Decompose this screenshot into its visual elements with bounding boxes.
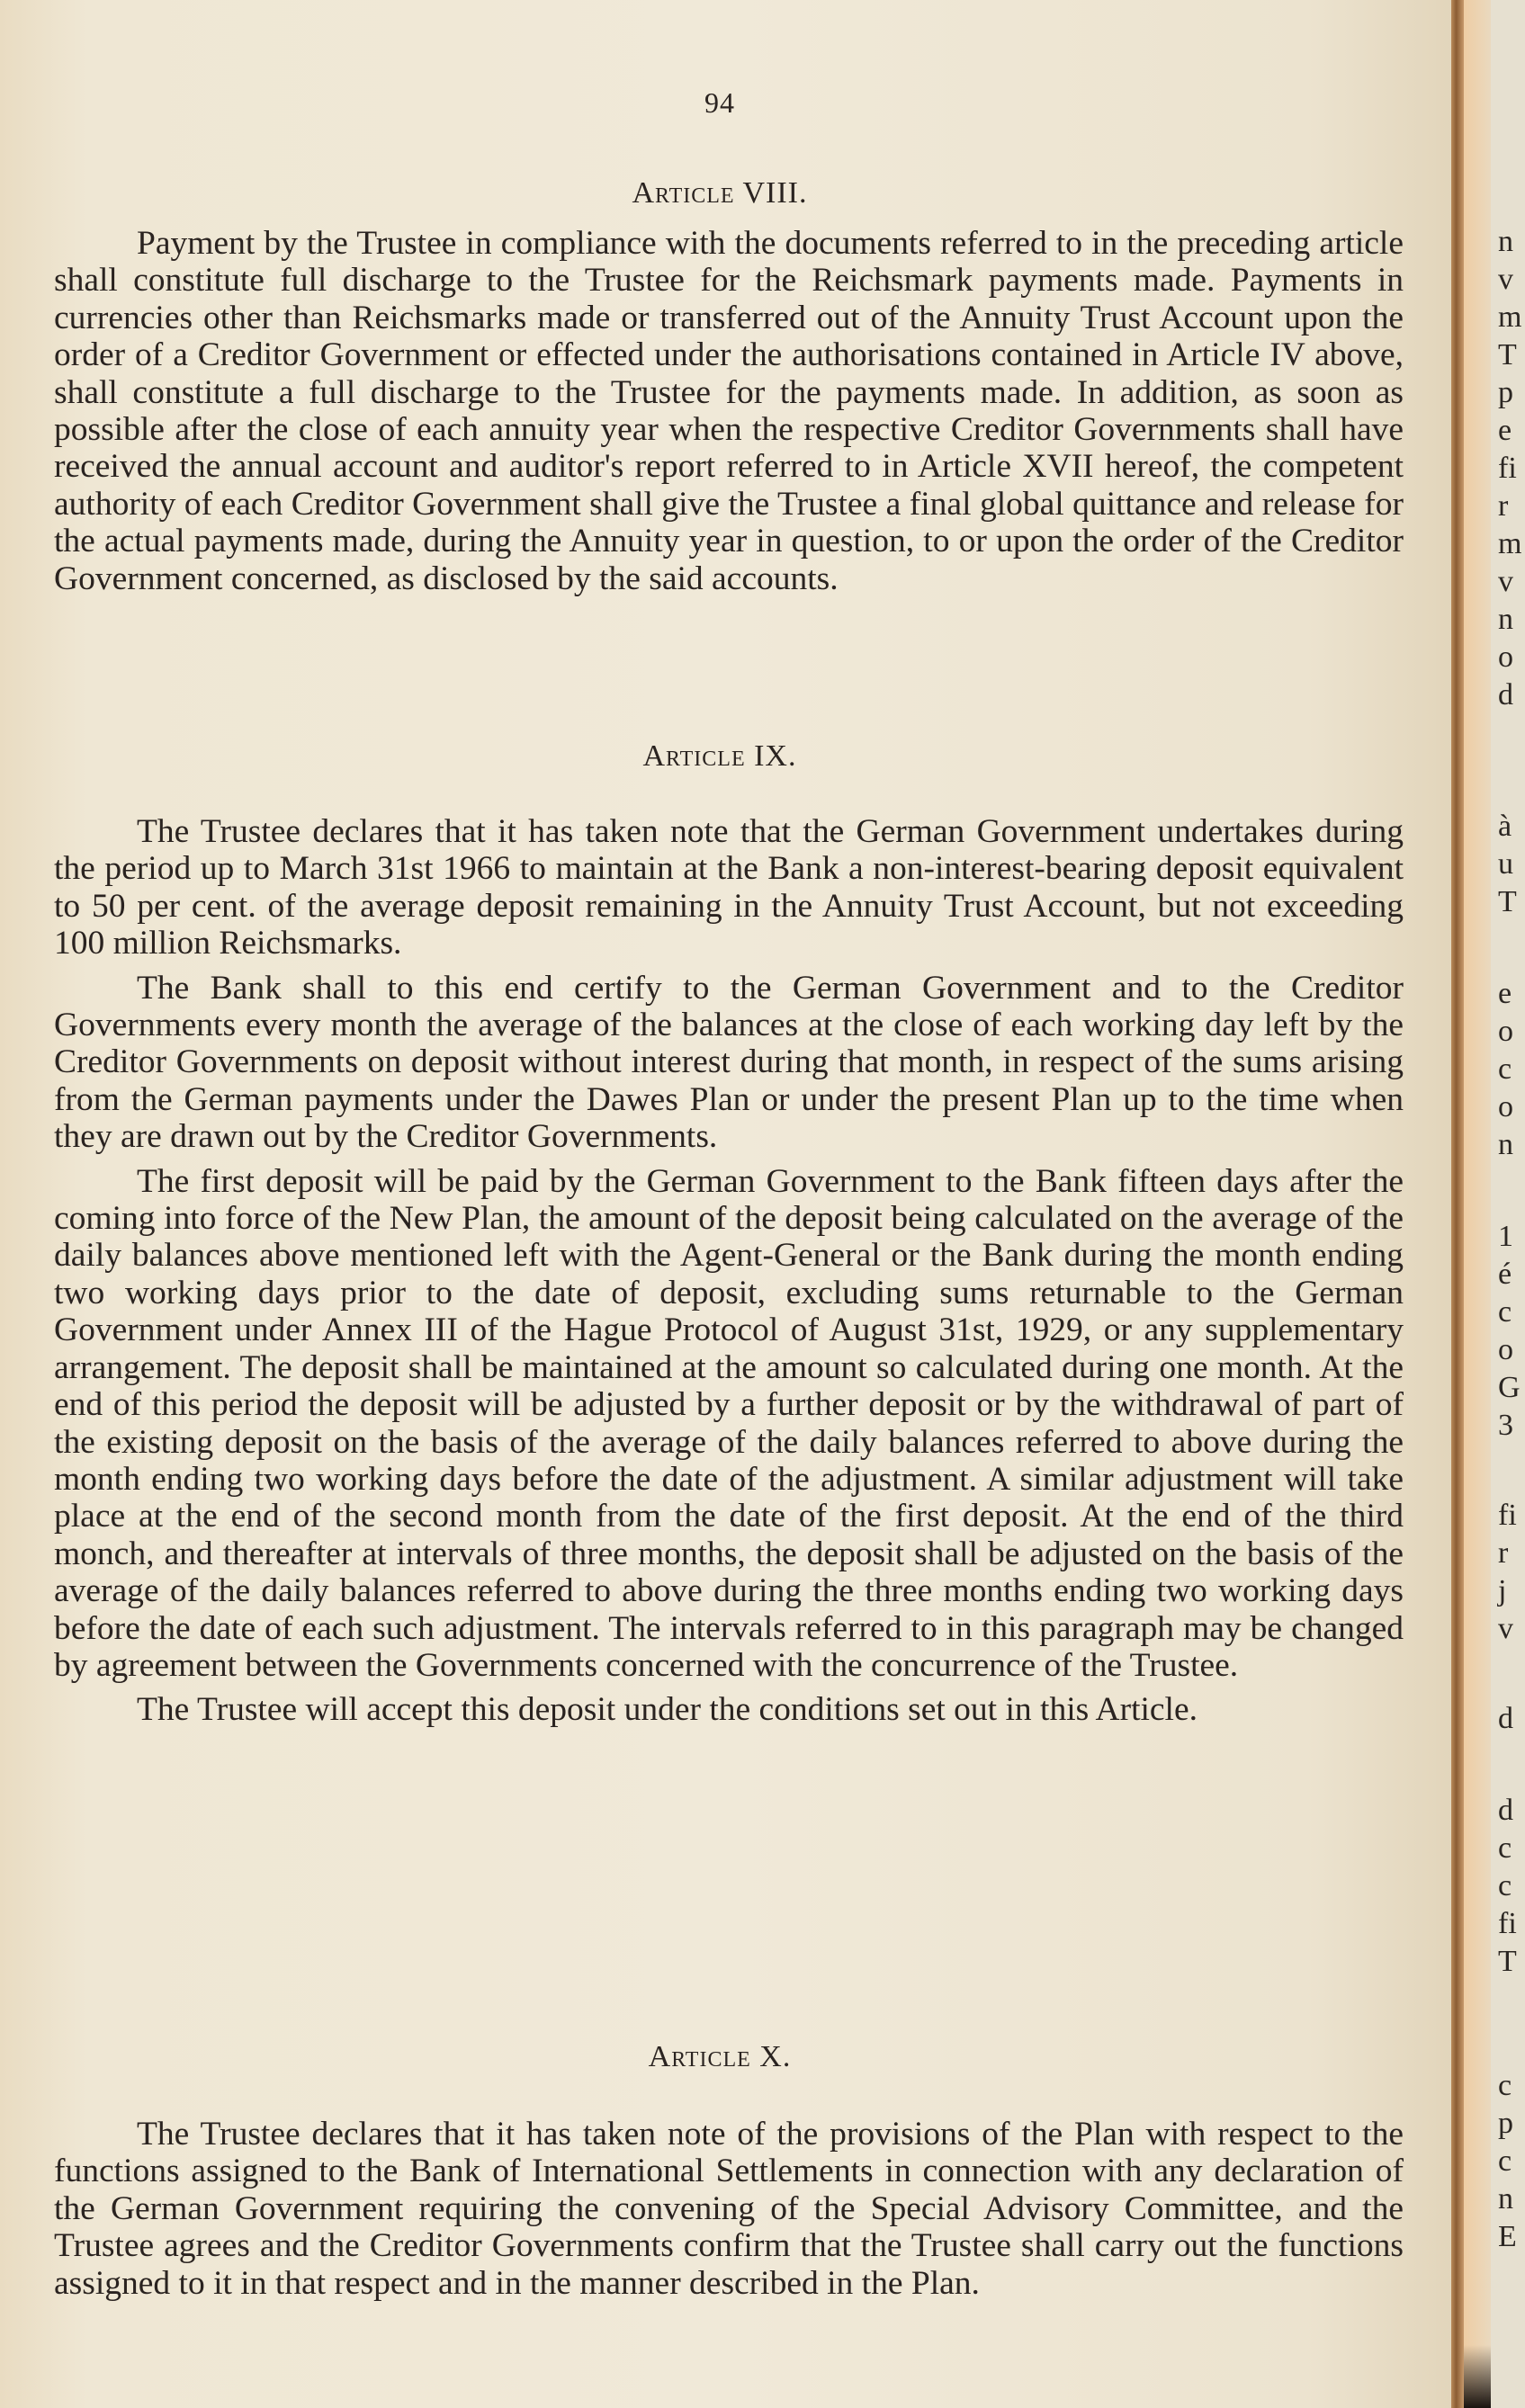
book-page-left: 94 Article VIII. Payment by the Trustee … [0,0,1453,2408]
facing-page-fragment: v [1498,263,1513,297]
article-x-heading: Article X. [0,2040,1440,2074]
article-x-paragraph-1: The Trustee declares that it has taken n… [54,2116,1404,2302]
facing-page-fragment: o [1498,640,1513,675]
facing-page-fragment: n [1498,225,1513,259]
facing-page-fragment: r [1498,1536,1508,1571]
article-ix-body: The Trustee declares that it has taken n… [54,813,1404,1729]
facing-page-fragment: G [1498,1371,1521,1405]
facing-page-fragment: é [1498,1258,1512,1292]
article-viii-body: Payment by the Trustee in compliance wit… [54,225,1404,597]
facing-page-fragment: p [1498,376,1513,410]
article-ix-heading: Article IX. [0,739,1440,774]
facing-page-fragment: e [1498,977,1512,1011]
facing-page-fragment: T [1498,338,1517,372]
facing-page-fragment: T [1498,885,1517,919]
facing-page-fragment: n [1498,1128,1513,1162]
facing-page-fragment: c [1498,1831,1512,1866]
article-ix-paragraph-2: The Bank shall to this end certify to th… [54,970,1404,1156]
facing-page-fragment: 3 [1498,1409,1513,1443]
facing-page-edge: nvmTpefirmvnodàuTeocon1écoG3firjvddccfiT… [1491,0,1525,2408]
page-edge [1464,0,1491,2408]
facing-page-fragment: u [1498,847,1513,882]
facing-page-fragment: à [1498,810,1512,844]
facing-page-fragment: v [1498,565,1513,599]
facing-page-fragment: d [1498,1702,1513,1736]
facing-page-fragment: c [1498,1052,1512,1087]
facing-page-fragment: o [1498,1015,1513,1049]
facing-page-fragment: c [1498,1295,1512,1329]
corner-shadow [1464,2345,1491,2408]
facing-page-fragment: e [1498,414,1512,448]
article-ix-paragraph-3: The first deposit will be paid by the Ge… [54,1163,1404,1685]
facing-page-fragment: n [1498,2182,1513,2216]
book-spine-gutter [1451,0,1464,2408]
facing-page-fragment: p [1498,2107,1513,2141]
article-x-body: The Trustee declares that it has taken n… [54,2116,1404,2302]
article-viii-paragraph-1: Payment by the Trustee in compliance wit… [54,225,1404,597]
facing-page-fragment: m [1498,527,1521,561]
facing-page-fragment: d [1498,678,1513,712]
facing-page-fragment: n [1498,603,1513,637]
facing-page-fragment: o [1498,1090,1513,1124]
facing-page-fragment: v [1498,1612,1513,1646]
facing-page-fragment: T [1498,1945,1517,1979]
facing-page-fragment: c [1498,1869,1512,1903]
facing-page-fragment: fi [1498,1907,1517,1941]
article-ix-paragraph-1: The Trustee declares that it has taken n… [54,813,1404,962]
article-viii-heading: Article VIII. [0,176,1440,210]
facing-page-fragment: c [1498,2069,1512,2103]
page-number: 94 [0,86,1440,120]
facing-page-fragment: j [1498,1574,1506,1608]
facing-page-fragment: c [1498,2144,1512,2179]
facing-page-fragment: d [1498,1794,1513,1828]
article-ix-paragraph-4: The Trustee will accept this deposit und… [54,1691,1404,1728]
facing-page-fragment: m [1498,300,1521,335]
facing-page-fragment: fi [1498,1499,1517,1533]
facing-page-fragment: E [1498,2220,1517,2254]
facing-page-fragment: r [1498,489,1508,524]
facing-page-fragment: 1 [1498,1220,1513,1254]
facing-page-fragment: fi [1498,452,1517,486]
facing-page-fragment: o [1498,1333,1513,1367]
